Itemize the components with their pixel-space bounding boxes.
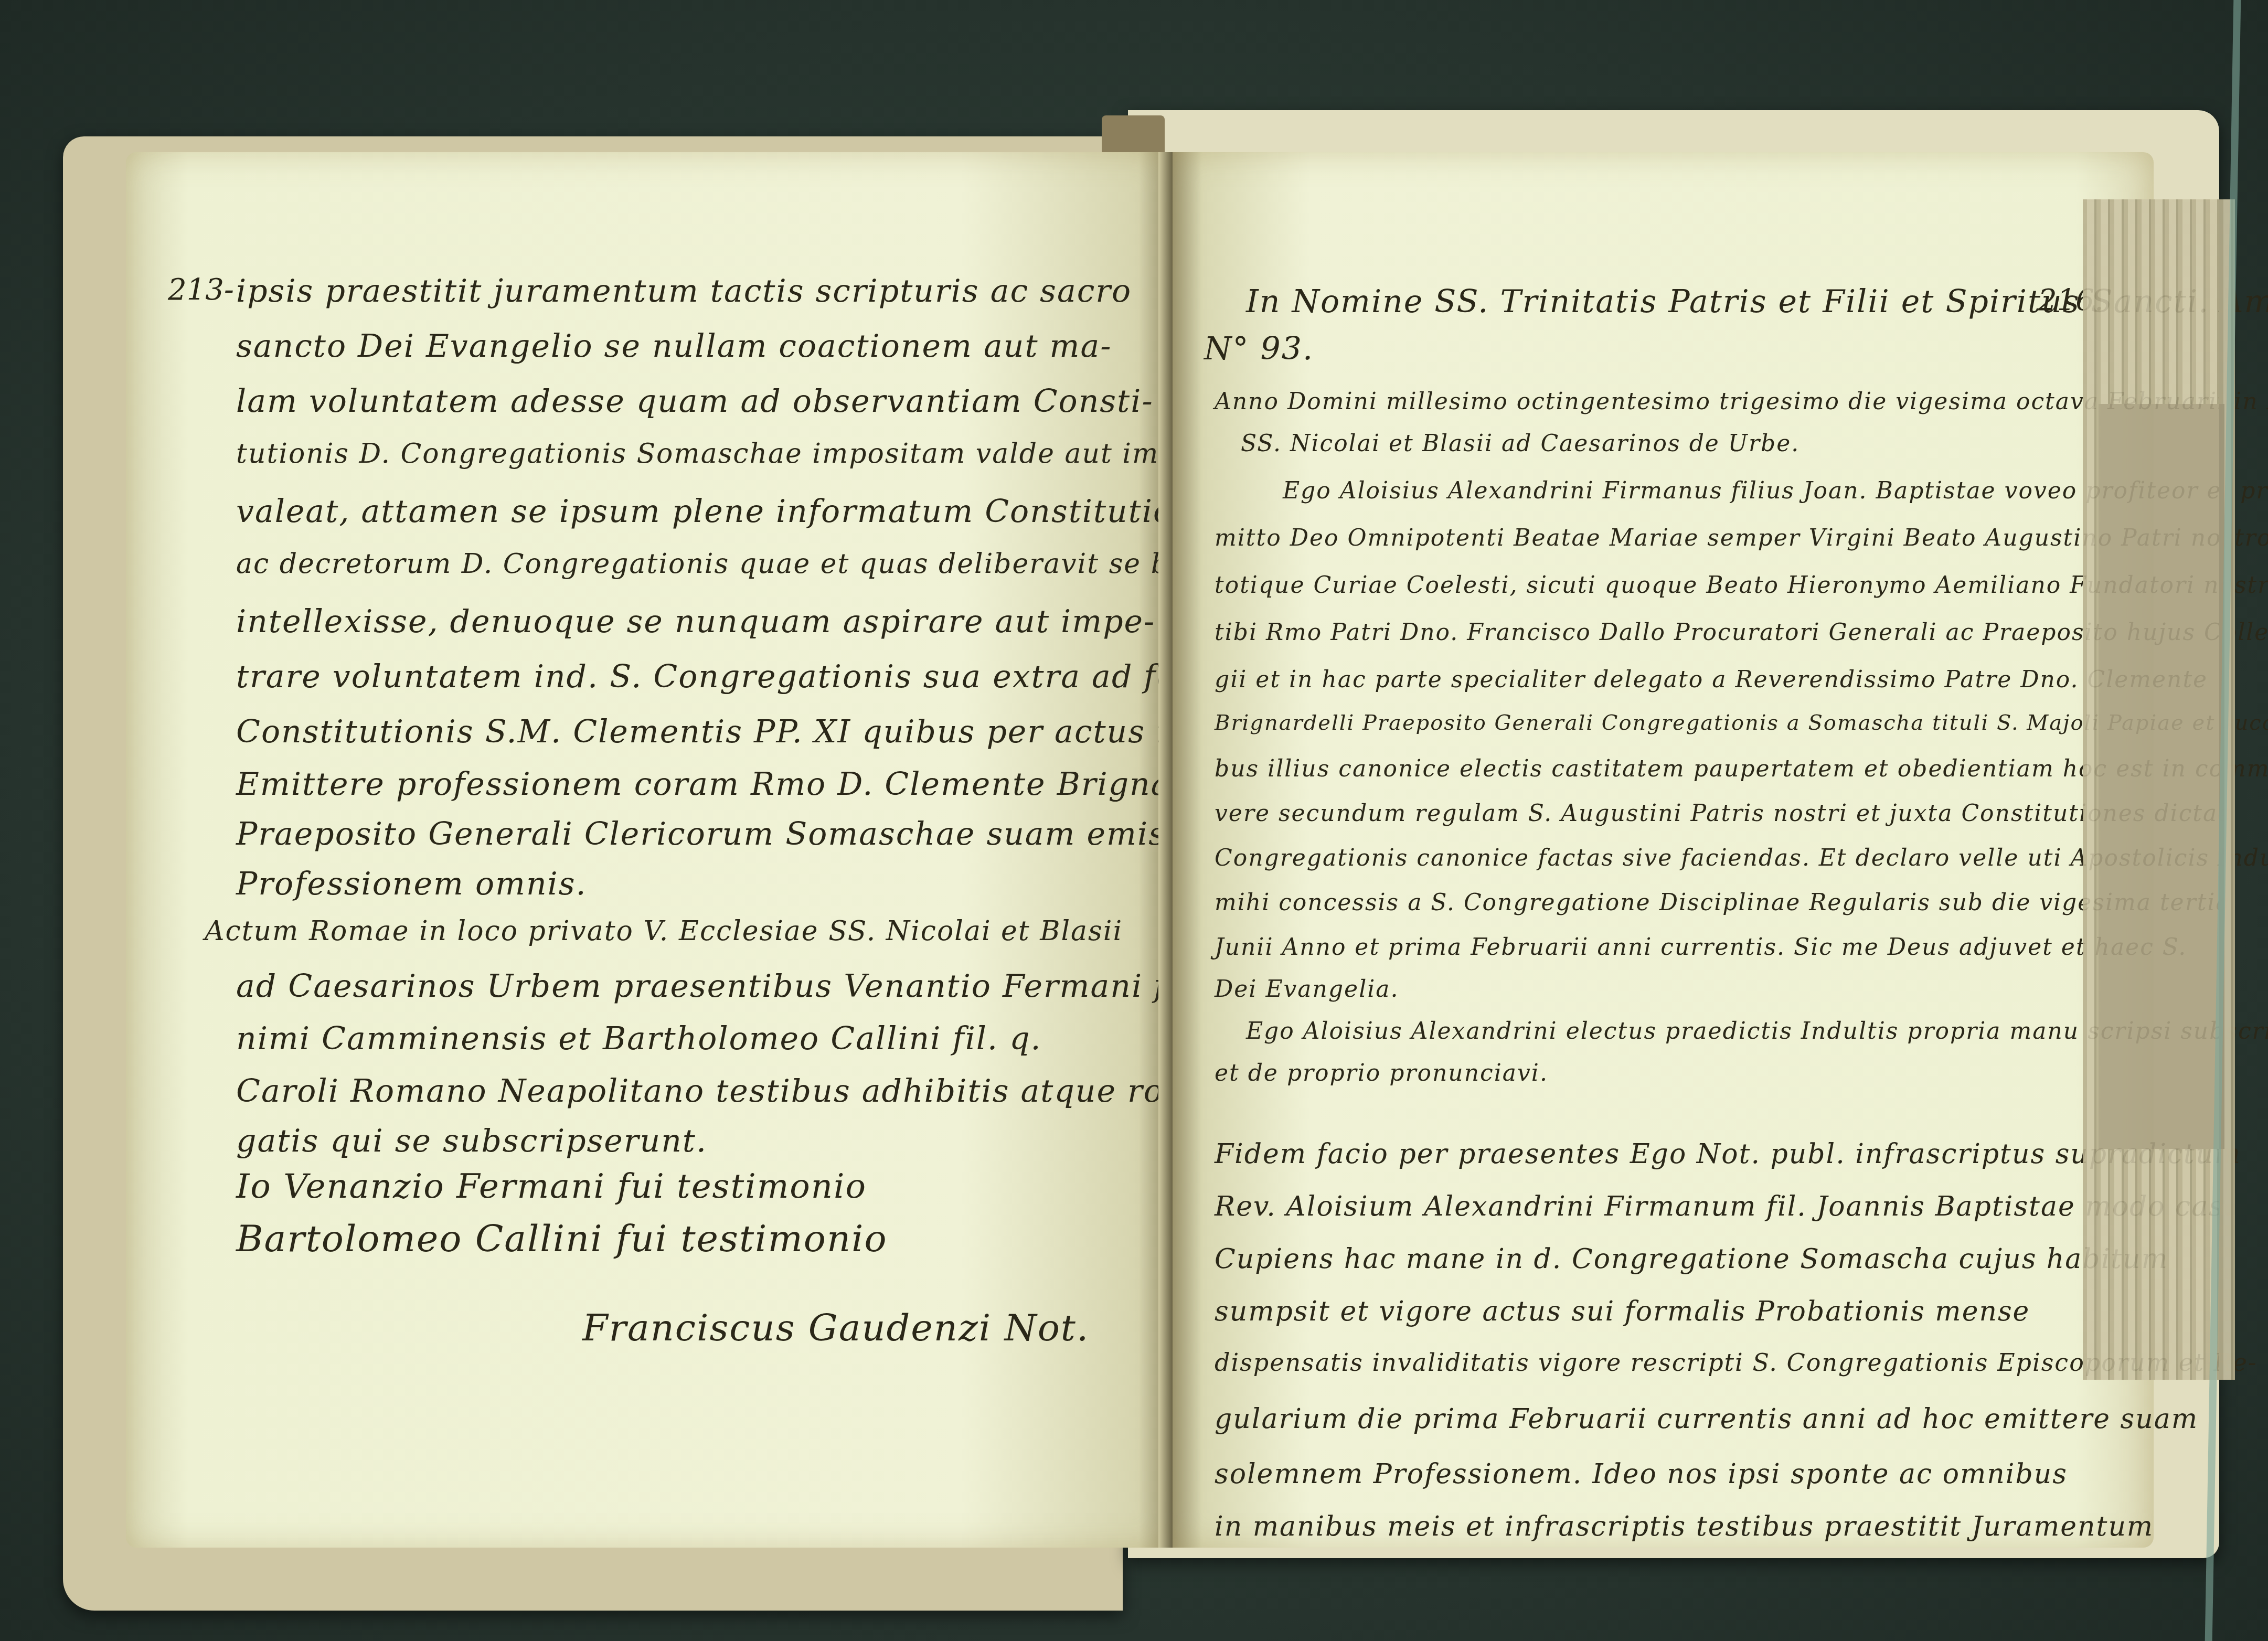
text-line: Caroli Romano Neapolitano testibus adhib…: [236, 1073, 1175, 1110]
left-folio-number: 213-: [168, 273, 234, 307]
right-page: 216. In Nomine SS. Trinitatis Patris et …: [1173, 152, 2154, 1548]
text-line: valeat, attamen se ipsum plene informatu…: [236, 493, 1247, 530]
text-line: et de proprio pronunciavi.: [1215, 1060, 1548, 1086]
text-line: nimi Camminensis et Bartholomeo Callini …: [236, 1020, 1042, 1057]
spine-label-patch: [2099, 404, 2224, 1149]
text-line: gatis qui se subscripserunt.: [236, 1123, 707, 1159]
left-page: 213- ipsis praestitit juramentum tactis …: [126, 152, 1170, 1548]
text-line: Professionem omnis.: [236, 866, 587, 902]
text-line: Constitutionis S.M. Clementis PP. XI qui…: [236, 713, 1222, 750]
text-line: Emittere professionem coram Rmo D. Cleme…: [236, 766, 1261, 803]
attestation-line: solemnem Professionem. Ideo nos ipsi spo…: [1215, 1458, 2068, 1490]
text-line: sancto Dei Evangelio se nullam coactione…: [236, 328, 1112, 365]
signature-witness-2: Bartolomeo Callini fui testimonio: [236, 1217, 888, 1260]
signature-notary: Franciscus Gaudenzi Not.: [582, 1306, 1089, 1349]
text-line: SS. Nicolai et Blasii ad Caesarinos de U…: [1241, 430, 1800, 457]
text-line: Junii Anno et prima Februarii anni curre…: [1215, 934, 2187, 961]
text-line: vere secundum regulam S. Augustini Patri…: [1215, 800, 2232, 827]
open-book: 213- ipsis praestitit juramentum tactis …: [47, 79, 2093, 1600]
text-line: ac decretorum D. Congregationis quae et …: [236, 548, 1222, 580]
text-line: mihi concessis a S. Congregatione Discip…: [1215, 889, 2231, 916]
attestation-line: in manibus meis et infrascriptis testibu…: [1215, 1511, 2154, 1542]
attestation-line: gularium die prima Februarii currentis a…: [1215, 1403, 2198, 1435]
text-line: lam voluntatem adesse quam ad observanti…: [236, 383, 1154, 420]
attestation-line: Rev. Aloisium Alexandrini Firmanum fil. …: [1215, 1191, 2233, 1222]
text-line: Praeposito Generali Clericorum Somaschae…: [236, 816, 1190, 853]
text-line: gii et in hac parte specialiter delegato…: [1215, 666, 2208, 693]
attestation-line: Cupiens hac mane in d. Congregatione Som…: [1215, 1243, 2168, 1275]
text-line: tutionis D. Congregationis Somaschae imp…: [236, 438, 1247, 470]
text-line: trare voluntatem ind. S. Congregationis …: [236, 658, 1274, 695]
text-line: ipsis praestitit juramentum tactis scrip…: [236, 273, 1132, 310]
text-line: Actum Romae in loco privato V. Ecclesiae…: [205, 915, 1123, 947]
entry-number: N° 93.: [1204, 331, 1314, 367]
text-line: intellexisse, denuoque se nunquam aspira…: [236, 603, 1155, 640]
text-line: Dei Evangelia.: [1215, 976, 1399, 1003]
text-line: ad Caesarinos Urbem praesentibus Venanti…: [236, 968, 1318, 1005]
attestation-line: sumpsit et vigore actus sui formalis Pro…: [1215, 1296, 2030, 1327]
signature-witness-1: Io Venanzio Fermani fui testimonio: [236, 1167, 867, 1206]
